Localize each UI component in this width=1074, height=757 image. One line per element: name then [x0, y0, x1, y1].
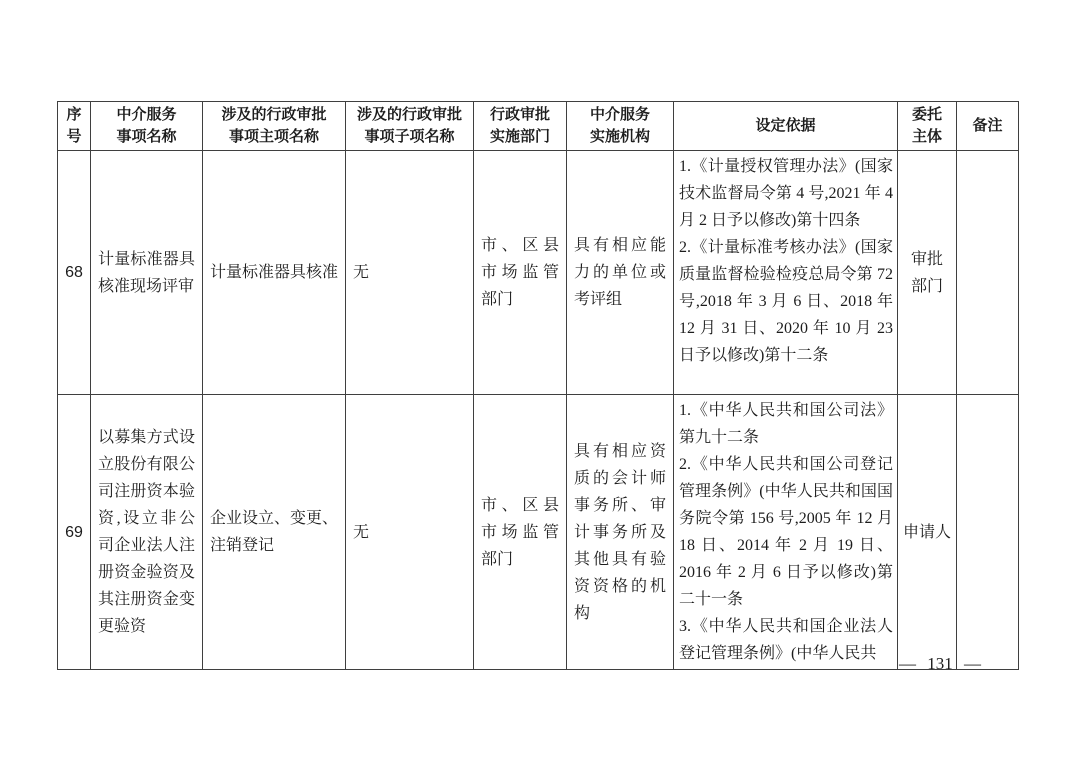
page-number: — 131 —: [875, 653, 1005, 675]
header-line: 号: [60, 126, 88, 148]
cell-sub-item: 无: [346, 395, 474, 670]
cell-remarks: [957, 395, 1019, 670]
entrusting-party-line: 申请人: [900, 519, 954, 546]
header-line: 序: [60, 104, 88, 126]
intermediary-services-table: 序 号 中介服务 事项名称 涉及的行政审批 事项主项名称 涉及的行政审批 事项子…: [57, 101, 1019, 670]
col-header-approval-dept: 行政审批 实施部门: [474, 102, 567, 151]
entrusting-party-line: 审批: [900, 246, 954, 273]
col-header-remarks: 备注: [957, 102, 1019, 151]
document-page: 序 号 中介服务 事项名称 涉及的行政审批 事项主项名称 涉及的行政审批 事项子…: [0, 0, 1074, 757]
cell-entrusting-party: 申请人: [898, 395, 957, 670]
col-header-implementing-org: 中介服务 实施机构: [567, 102, 674, 151]
col-header-main-item: 涉及的行政审批 事项主项名称: [203, 102, 346, 151]
cell-remarks: [957, 151, 1019, 395]
header-line: 事项子项名称: [348, 126, 471, 148]
cell-seq: 69: [58, 395, 91, 670]
header-line: 中介服务: [93, 104, 200, 126]
col-header-service-name: 中介服务 事项名称: [91, 102, 203, 151]
cell-entrusting-party: 审批 部门: [898, 151, 957, 395]
header-line: 实施机构: [569, 126, 671, 148]
header-line: 中介服务: [569, 104, 671, 126]
cell-implementing-org: 具有相应能力的单位或考评组: [567, 151, 674, 395]
header-line: 行政审批: [476, 104, 564, 126]
header-line: 事项名称: [93, 126, 200, 148]
cell-service-name: 以募集方式设立股份有限公司注册资本验资,设立非公司企业法人注册资金验资及其注册资…: [91, 395, 203, 670]
basis-item: 2.《计量标准考核办法》(国家质量监督检验检疫总局令第 72 号,2018 年 …: [679, 234, 893, 369]
basis-item: 1.《计量授权管理办法》(国家技术监督局令第 4 号,2021 年 4 月 2 …: [679, 153, 893, 234]
cell-implementing-org: 具有相应资质的会计师事务所、审计事务所及其他具有验资资格的机构: [567, 395, 674, 670]
cell-basis: 1.《中华人民共和国公司法》第九十二条 2.《中华人民共和国公司登记管理条例》(…: [674, 395, 898, 670]
cell-basis: 1.《计量授权管理办法》(国家技术监督局令第 4 号,2021 年 4 月 2 …: [674, 151, 898, 395]
table-row-69: 69 以募集方式设立股份有限公司注册资本验资,设立非公司企业法人注册资金验资及其…: [58, 395, 1019, 670]
cell-main-item: 计量标准器具核准: [203, 151, 346, 395]
cell-seq: 68: [58, 151, 91, 395]
header-line: 备注: [959, 115, 1016, 137]
col-header-seq: 序 号: [58, 102, 91, 151]
header-line: 涉及的行政审批: [348, 104, 471, 126]
entrusting-party-line: 部门: [900, 273, 954, 300]
cell-main-item: 企业设立、变更、注销登记: [203, 395, 346, 670]
cell-sub-item: 无: [346, 151, 474, 395]
header-line: 主体: [900, 126, 954, 148]
basis-item: 3.《中华人民共和国企业法人登记管理条例》(中华人民共: [679, 613, 893, 667]
table-row-68: 68 计量标准器具核准现场评审 计量标准器具核准 无 市、区县市场监管部门 具有…: [58, 151, 1019, 395]
header-line: 涉及的行政审批: [205, 104, 343, 126]
header-line: 实施部门: [476, 126, 564, 148]
col-header-basis: 设定依据: [674, 102, 898, 151]
header-line: 委托: [900, 104, 954, 126]
cell-approval-dept: 市、区县市场监管部门: [474, 151, 567, 395]
header-line: 设定依据: [676, 115, 895, 137]
cell-service-name: 计量标准器具核准现场评审: [91, 151, 203, 395]
cell-approval-dept: 市、区县市场监管部门: [474, 395, 567, 670]
basis-item: 1.《中华人民共和国公司法》第九十二条: [679, 397, 893, 451]
header-line: 事项主项名称: [205, 126, 343, 148]
basis-item: 2.《中华人民共和国公司登记管理条例》(中华人民共和国国务院令第 156 号,2…: [679, 451, 893, 613]
header-row: 序 号 中介服务 事项名称 涉及的行政审批 事项主项名称 涉及的行政审批 事项子…: [58, 102, 1019, 151]
col-header-sub-item: 涉及的行政审批 事项子项名称: [346, 102, 474, 151]
col-header-entrusting-party: 委托 主体: [898, 102, 957, 151]
